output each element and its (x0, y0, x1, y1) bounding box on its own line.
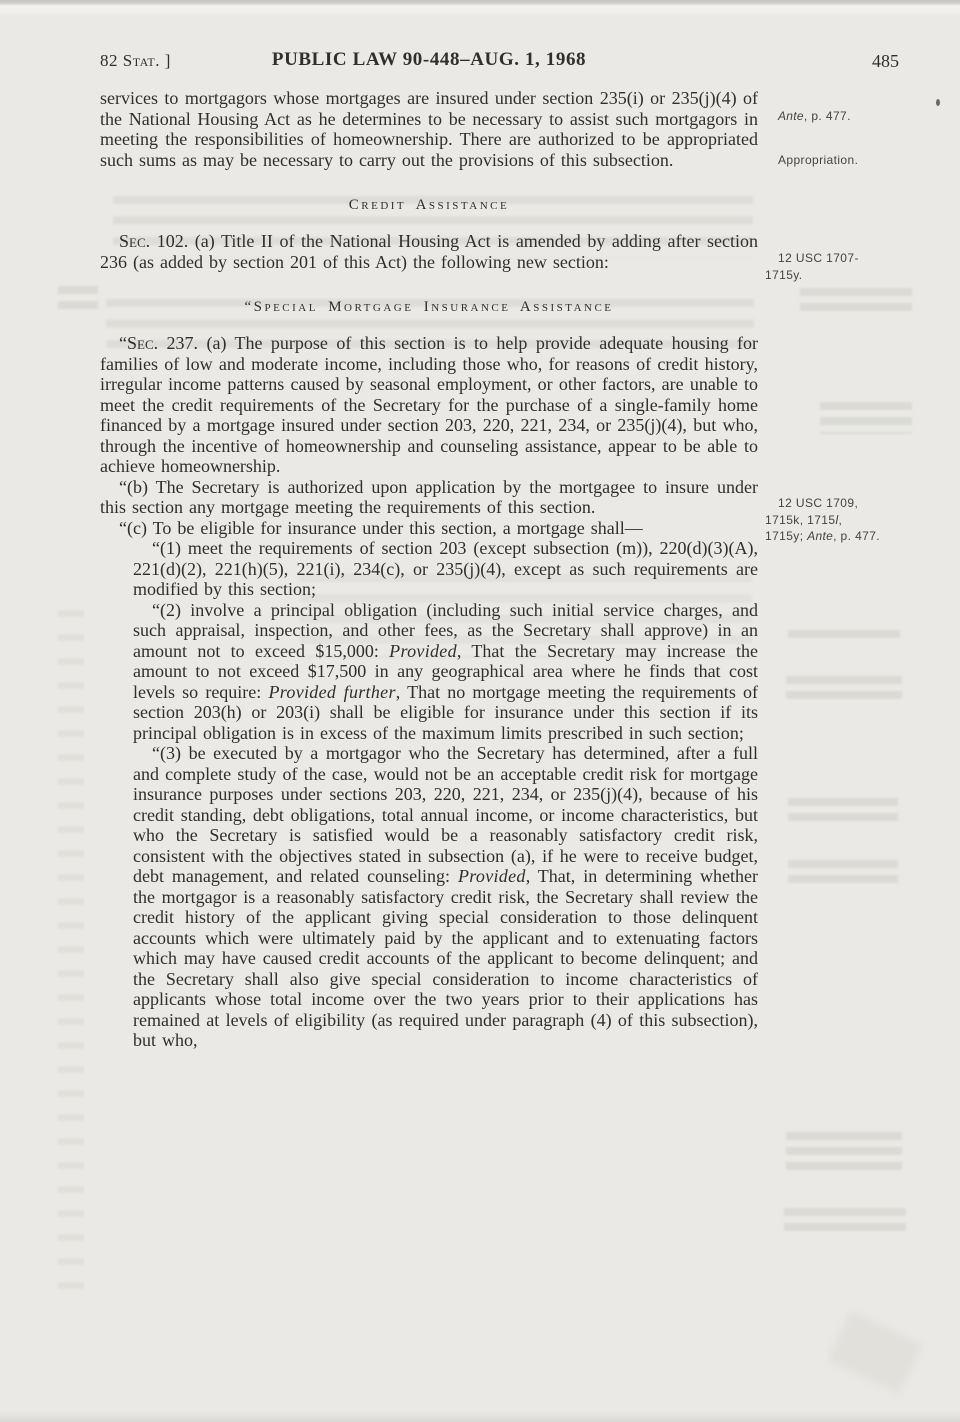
body-text-column: services to mortgagors whose mortgages a… (100, 88, 758, 1051)
bleedthrough-margin-5 (788, 798, 898, 828)
scan-speck (936, 99, 940, 106)
law-title: PUBLIC LAW 90-448–AUG. 1, 1968 (100, 49, 758, 71)
credit-assistance-heading: Credit Assistance (100, 196, 758, 215)
special-mortgage-heading: “Special Mortgage Insurance Assistance (100, 298, 758, 317)
bleedthrough-margin-6 (788, 860, 898, 890)
margin-note-usc-1709: 12 USC 1709, 1715k, 1715l, 1715y; Ante, … (765, 495, 883, 545)
subsection-c-paragraph: “(c) To be eligible for insurance under … (100, 518, 758, 539)
continuation-paragraph: services to mortgagors whose mortgages a… (100, 88, 758, 170)
scan-top-edge (0, 0, 960, 16)
scan-bottom-edge (0, 1410, 960, 1422)
bleedthrough-margin-3 (788, 630, 900, 643)
margin-note-ante-477: Ante, p. 477. (765, 108, 883, 125)
running-head: 82 Stat. ] PUBLIC LAW 90-448–AUG. 1, 196… (100, 49, 758, 73)
bleedthrough-margin-4 (786, 676, 902, 706)
bleedthrough-margin-2 (820, 402, 912, 434)
bleedthrough-margin-8 (784, 1208, 906, 1238)
scan-streak (827, 1311, 923, 1395)
margin-note-appropriation: Appropriation. (765, 152, 883, 169)
clause-3-item: “(3) be executed by a mortgagor who the … (133, 743, 758, 1051)
margin-note-usc-1707: 12 USC 1707-1715y. (765, 250, 883, 283)
bleedthrough-margin-7 (786, 1132, 902, 1177)
clause-2-item: “(2) involve a principal obligation (inc… (133, 600, 758, 744)
sec-102-paragraph: Sec. 102. (a) Title II of the National H… (100, 231, 758, 272)
bleedthrough-left-1 (58, 286, 98, 312)
bleedthrough-left-strip (58, 610, 84, 1300)
bleedthrough-margin-1 (800, 288, 912, 318)
scanned-statute-page: 82 Stat. ] PUBLIC LAW 90-448–AUG. 1, 196… (0, 0, 960, 1422)
clause-1-item: “(1) meet the requirements of section 20… (133, 538, 758, 600)
subsection-b-paragraph: “(b) The Secretary is authorized upon ap… (100, 477, 758, 518)
sec-237-purpose-paragraph: “Sec. 237. (a) The purpose of this secti… (100, 333, 758, 477)
page-number: 485 (872, 51, 899, 72)
